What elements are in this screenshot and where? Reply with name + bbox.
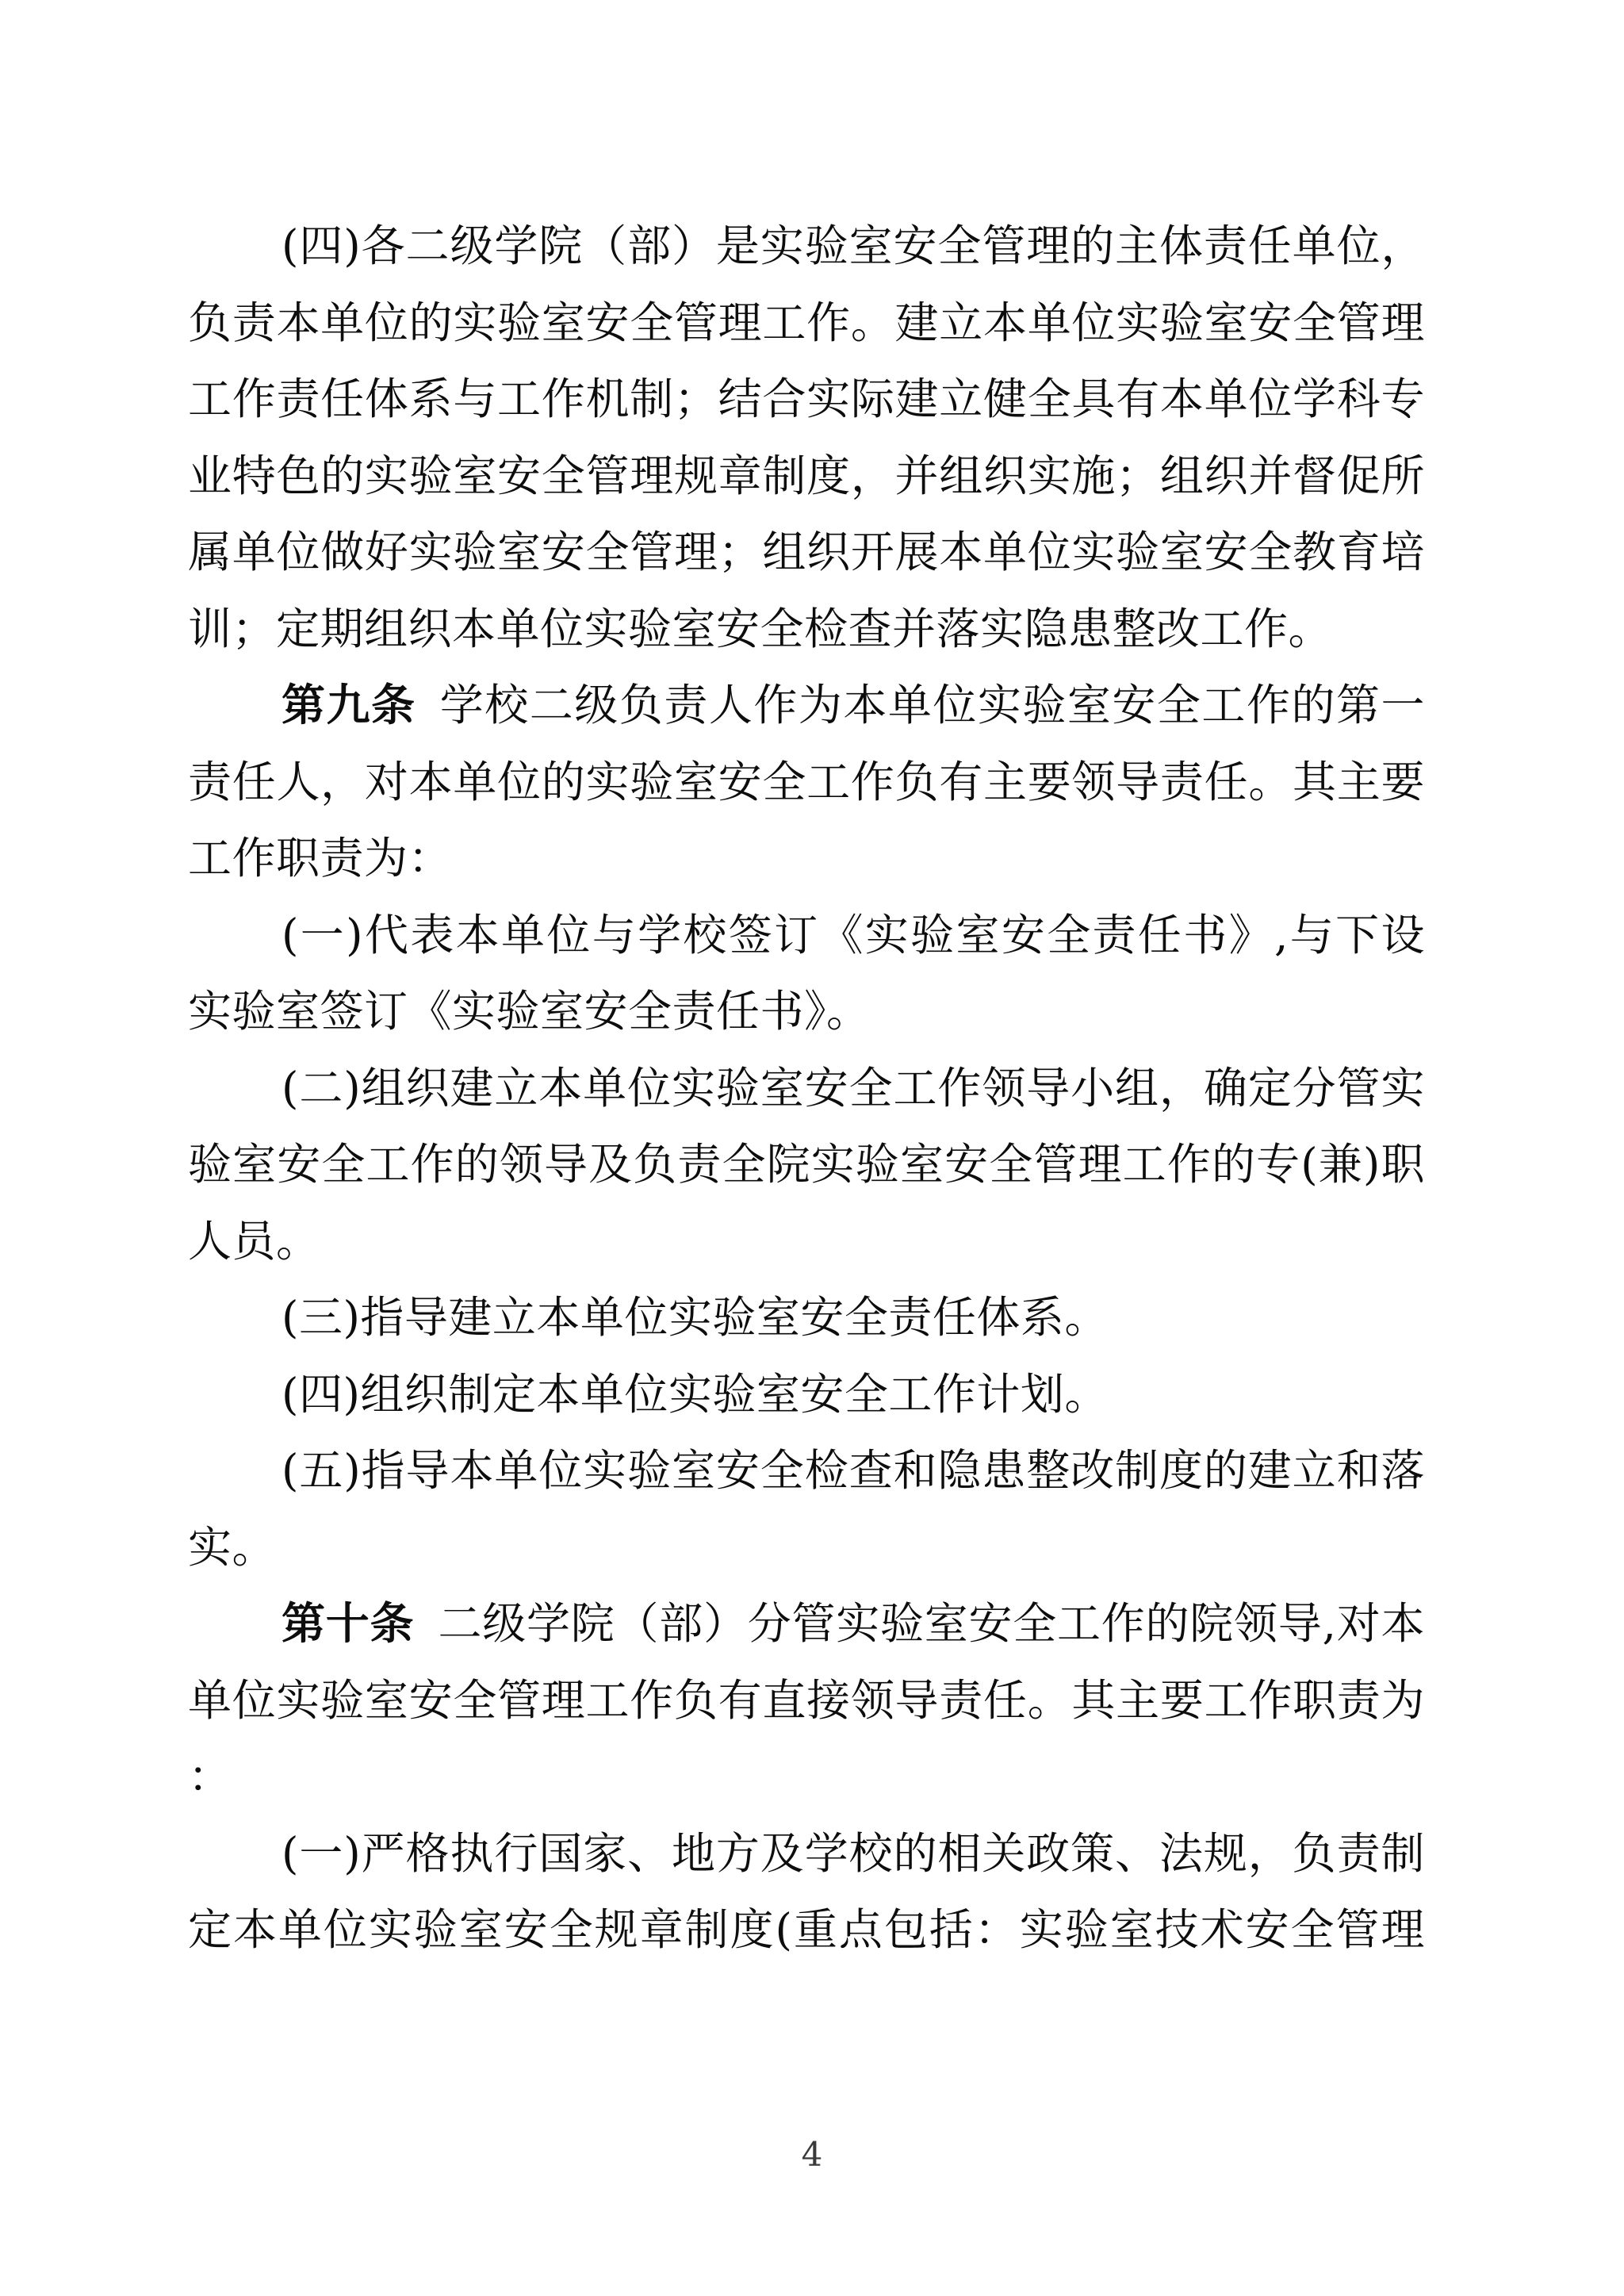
line-text: (五)指导本单位实验室安全检查和隐患整改制度的建立和落 <box>282 1445 1425 1496</box>
line-text: 业特色的实验室安全管理规章制度，并组织实施；组织并督促所 <box>188 450 1425 501</box>
line-text: (四)各二级学院（部）是实验室安全管理的主体责任单位， <box>282 220 1425 271</box>
text-line-article-10: 第十条二级学院（部）分管实验室安全工作的院领导,对本 <box>188 1585 1425 1662</box>
line-text: 单位实验室安全管理工作负有直接领导责任。其主要工作职责为 <box>188 1675 1425 1726</box>
document-page: (四)各二级学院（部）是实验室安全管理的主体责任单位， 负责本单位的实验室安全管… <box>0 0 1624 2296</box>
text-line: (二)组织建立本单位实验室安全工作领导小组，确定分管实 <box>188 1050 1425 1127</box>
line-text: (一)严格执行国家、地方及学校的相关政策、法规，负责制 <box>282 1828 1425 1879</box>
text-line: (四)组织制定本单位实验室安全工作计划。 <box>188 1356 1425 1433</box>
text-line: 人员。 <box>188 1203 1425 1280</box>
text-line: 属单位做好实验室安全管理；组织开展本单位实验室安全教育培 <box>188 514 1425 591</box>
line-text: 工作责任体系与工作机制；结合实际建立健全具有本单位学科专 <box>188 374 1425 424</box>
text-line: (一)代表本单位与学校签订《实验室安全责任书》,与下设 <box>188 897 1425 974</box>
text-line: (一)严格执行国家、地方及学校的相关政策、法规，负责制 <box>188 1815 1425 1892</box>
article-number: 第十条 <box>282 1597 414 1649</box>
text-line: 训；定期组织本单位实验室安全检查并落实隐患整改工作。 <box>188 591 1425 668</box>
line-text: 实。 <box>188 1522 276 1573</box>
text-line: (四)各二级学院（部）是实验室安全管理的主体责任单位， <box>188 208 1425 285</box>
text-line: 单位实验室安全管理工作负有直接领导责任。其主要工作职责为 <box>188 1662 1425 1739</box>
line-text: (二)组织建立本单位实验室安全工作领导小组，确定分管实 <box>282 1063 1425 1114</box>
line-text: 属单位做好实验室安全管理；组织开展本单位实验室安全教育培 <box>188 527 1425 577</box>
line-text: 定本单位实验室安全规章制度(重点包括：实验室技术安全管理 <box>188 1904 1425 1955</box>
line-text: 工作职责为： <box>188 833 452 884</box>
line-text: (三)指导建立本单位实验室安全责任体系。 <box>282 1292 1109 1343</box>
text-line: 负责本单位的实验室安全管理工作。建立本单位实验室安全管理 <box>188 285 1425 362</box>
line-text: 负责本单位的实验室安全管理工作。建立本单位实验室安全管理 <box>188 297 1425 348</box>
article-number: 第九条 <box>282 679 416 730</box>
text-line: 实验室签订《实验室安全责任书》。 <box>188 973 1425 1050</box>
text-line: 责任人，对本单位的实验室安全工作负有主要领导责任。其主要 <box>188 744 1425 821</box>
text-line: 工作职责为： <box>188 820 1425 897</box>
line-text: 训；定期组织本单位实验室安全检查并落实隐患整改工作。 <box>188 604 1332 654</box>
text-line: 工作责任体系与工作机制；结合实际建立健全具有本单位学科专 <box>188 361 1425 438</box>
line-text: 实验室签订《实验室安全责任书》。 <box>188 986 871 1037</box>
line-text: 学校二级负责人作为本单位实验室安全工作的第一 <box>440 680 1425 730</box>
line-text: (一)代表本单位与学校签订《实验室安全责任书》,与下设 <box>282 910 1425 960</box>
text-line: 定本单位实验室安全规章制度(重点包括：实验室技术安全管理 <box>188 1892 1425 1968</box>
line-text: 人员。 <box>188 1216 320 1267</box>
text-line: (五)指导本单位实验室安全检查和隐患整改制度的建立和落 <box>188 1432 1425 1509</box>
page-number: 4 <box>0 2135 1624 2174</box>
line-text: 责任人，对本单位的实验室安全工作负有主要领导责任。其主要 <box>188 757 1425 807</box>
text-line-article-9: 第九条学校二级负责人作为本单位实验室安全工作的第一 <box>188 667 1425 744</box>
text-line: ： <box>188 1738 1425 1815</box>
line-text: ： <box>188 1751 232 1802</box>
text-line: 实。 <box>188 1509 1425 1586</box>
line-text: 验室安全工作的领导及负责全院实验室安全管理工作的专(兼)职 <box>188 1139 1425 1190</box>
text-line: 验室安全工作的领导及负责全院实验室安全管理工作的专(兼)职 <box>188 1126 1425 1203</box>
text-line: (三)指导建立本单位实验室安全责任体系。 <box>188 1279 1425 1356</box>
line-text: (四)组织制定本单位实验室安全工作计划。 <box>282 1369 1109 1420</box>
line-text: 二级学院（部）分管实验室安全工作的院领导,对本 <box>439 1598 1425 1649</box>
document-body: (四)各二级学院（部）是实验室安全管理的主体责任单位， 负责本单位的实验室安全管… <box>188 208 1425 1968</box>
text-line: 业特色的实验室安全管理规章制度，并组织实施；组织并督促所 <box>188 438 1425 515</box>
